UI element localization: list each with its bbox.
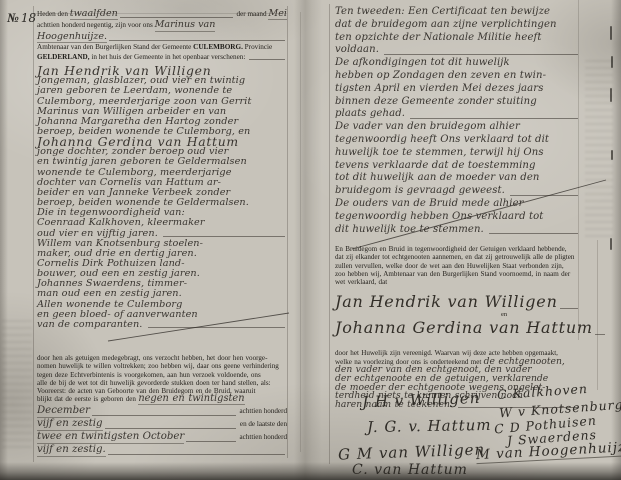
signature: C Kalkhoven [497, 381, 589, 402]
signature: M van Hoogenhuijze [476, 439, 621, 464]
signatures-witness-column: C KalkhovenW v KnotsenburgC D PothuisenJ… [0, 0, 621, 480]
scanned-marriage-record: №18 Heden den twaalfden der maand Meiach… [0, 0, 621, 480]
